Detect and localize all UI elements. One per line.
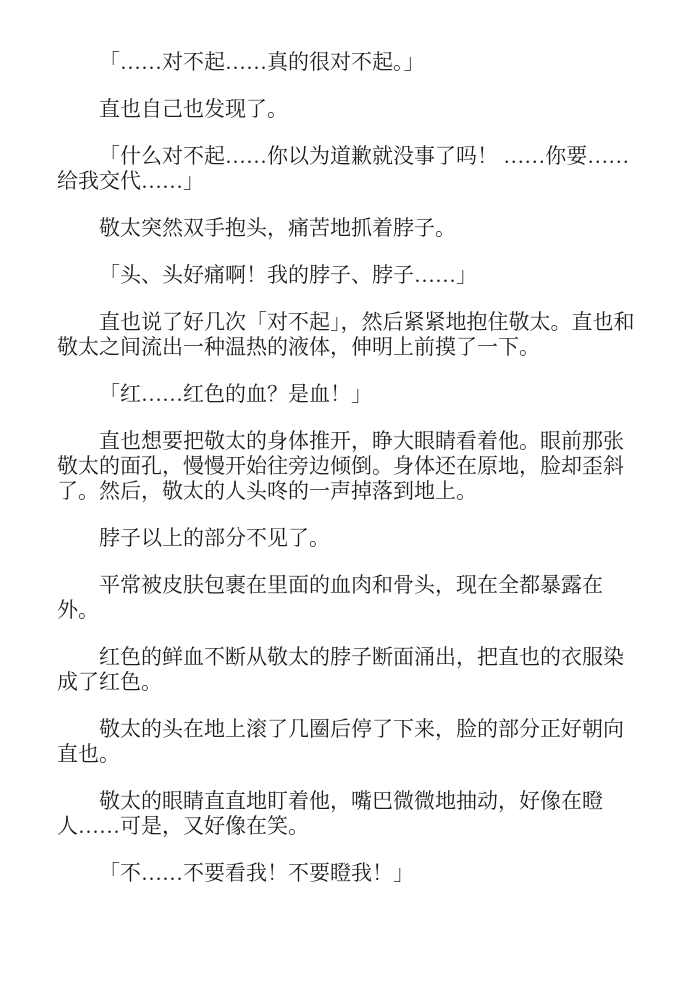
- paragraph: 直也说了好几次「对不起」，然后紧紧地抱住敬太。直也和敬太之间流出一种温热的液体，…: [57, 310, 639, 360]
- paragraph: 敬太的眼睛直直地盯着他，嘴巴微微地抽动，好像在瞪人……可是，又好像在笑。: [57, 789, 639, 839]
- paragraph: 直也自己也发现了。: [57, 97, 639, 122]
- paragraph: 红色的鲜血不断从敬太的脖子断面涌出，把直也的衣服染成了红色。: [57, 645, 639, 695]
- paragraph: 「什么对不起……你以为道歉就没事了吗！ ……你要……给我交代……」: [57, 144, 639, 194]
- paragraph: 「红……红色的血？是血！」: [57, 382, 639, 407]
- paragraph: 「……对不起……真的很对不起。」: [57, 50, 639, 75]
- paragraph: 脖子以上的部分不见了。: [57, 526, 639, 551]
- novel-page: 「……对不起……真的很对不起。」直也自己也发现了。「什么对不起……你以为道歉就没…: [57, 50, 639, 908]
- paragraph: 「头、头好痛啊！我的脖子、脖子……」: [57, 263, 639, 288]
- paragraph: 直也想要把敬太的身体推开，睁大眼睛看着他。眼前那张敬太的面孔，慢慢开始往旁边倾倒…: [57, 429, 639, 504]
- paragraph: 敬太的头在地上滚了几圈后停了下来，脸的部分正好朝向直也。: [57, 717, 639, 767]
- text-content: 「……对不起……真的很对不起。」直也自己也发现了。「什么对不起……你以为道歉就没…: [57, 50, 639, 886]
- paragraph: 平常被皮肤包裹在里面的血肉和骨头，现在全都暴露在外。: [57, 573, 639, 623]
- paragraph: 敬太突然双手抱头，痛苦地抓着脖子。: [57, 216, 639, 241]
- paragraph: 「不……不要看我！不要瞪我！」: [57, 861, 639, 886]
